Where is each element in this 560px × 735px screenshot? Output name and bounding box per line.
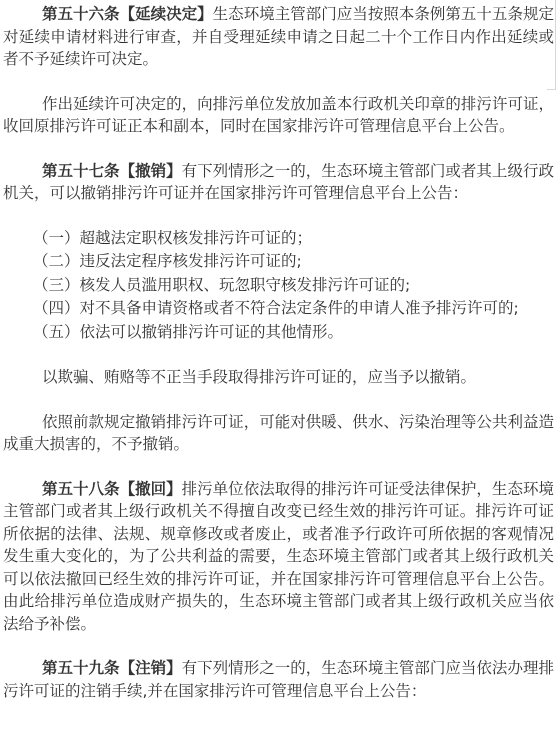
clause-item: （五）依法可以撤销排污许可证的其他情形。 — [3, 321, 554, 345]
clause-item: （三）核发人员滥用职权、玩忽职守核发排污许可证的; — [3, 274, 554, 298]
legal-document-page: 第五十六条【延续决定】生态环境主管部门应当按照本条例第五十五条规定对延续申请材料… — [0, 0, 560, 735]
article-title: 第五十八条【撤回】 — [42, 480, 182, 498]
article-paragraph: 第五十七条【撤销】有下列情形之一的，生态环境主管部门或者其上级行政机关，可以撤销… — [3, 160, 554, 205]
clause-item: （四）对不具备申请资格或者不符合法定条件的申请人准予排污许可的; — [3, 297, 554, 321]
clause-item: （一）超越法定职权核发排污许可证的； — [3, 227, 554, 251]
article-title: 第五十六条【延续决定】 — [42, 5, 213, 23]
article-title: 第五十七条【撤销】 — [42, 162, 182, 180]
paragraph-text: 以欺骗、贿赂等不正当手段取得排污许可证的，应当予以撤销。 — [42, 368, 476, 386]
clause-item: （二）违反法定程序核发排污许可证的; — [3, 250, 554, 274]
clause-list: （一）超越法定职权核发排污许可证的；（二）违反法定程序核发排污许可证的;（三）核… — [3, 227, 554, 345]
body-paragraph: 作出延续许可决定的，向排污单位发放加盖本行政机关印章的排污许可证，收回原排污许可… — [3, 93, 554, 138]
body-paragraph: 依照前款规定撤销排污许可证，可能对供暖、供水、污染治理等公共利益造成重大损害的，… — [3, 411, 554, 456]
body-paragraph: 以欺骗、贿赂等不正当手段取得排污许可证的，应当予以撤销。 — [3, 366, 554, 389]
article-title: 第五十九条【注销】 — [42, 659, 182, 677]
article-paragraph: 第五十九条【注销】有下列情形之一的，生态环境主管部门应当依法办理排污许可证的注销… — [3, 657, 554, 702]
article-paragraph: 第五十八条【撤回】排污单位依法取得的排污许可证受法律保护，生态环境主管部门或者其… — [3, 478, 554, 636]
document-body: 第五十六条【延续决定】生态环境主管部门应当按照本条例第五十五条规定对延续申请材料… — [3, 3, 554, 702]
paragraph-text: 作出延续许可决定的，向排污单位发放加盖本行政机关印章的排污许可证，收回原排污许可… — [3, 95, 554, 136]
article-paragraph: 第五十六条【延续决定】生态环境主管部门应当按照本条例第五十五条规定对延续申请材料… — [3, 3, 554, 71]
paragraph-text: 排污单位依法取得的排污许可证受法律保护，生态环境主管部门或者其上级行政机关不得擅… — [3, 480, 554, 633]
paragraph-text: 依照前款规定撤销排污许可证，可能对供暖、供水、污染治理等公共利益造成重大损害的，… — [3, 413, 554, 454]
